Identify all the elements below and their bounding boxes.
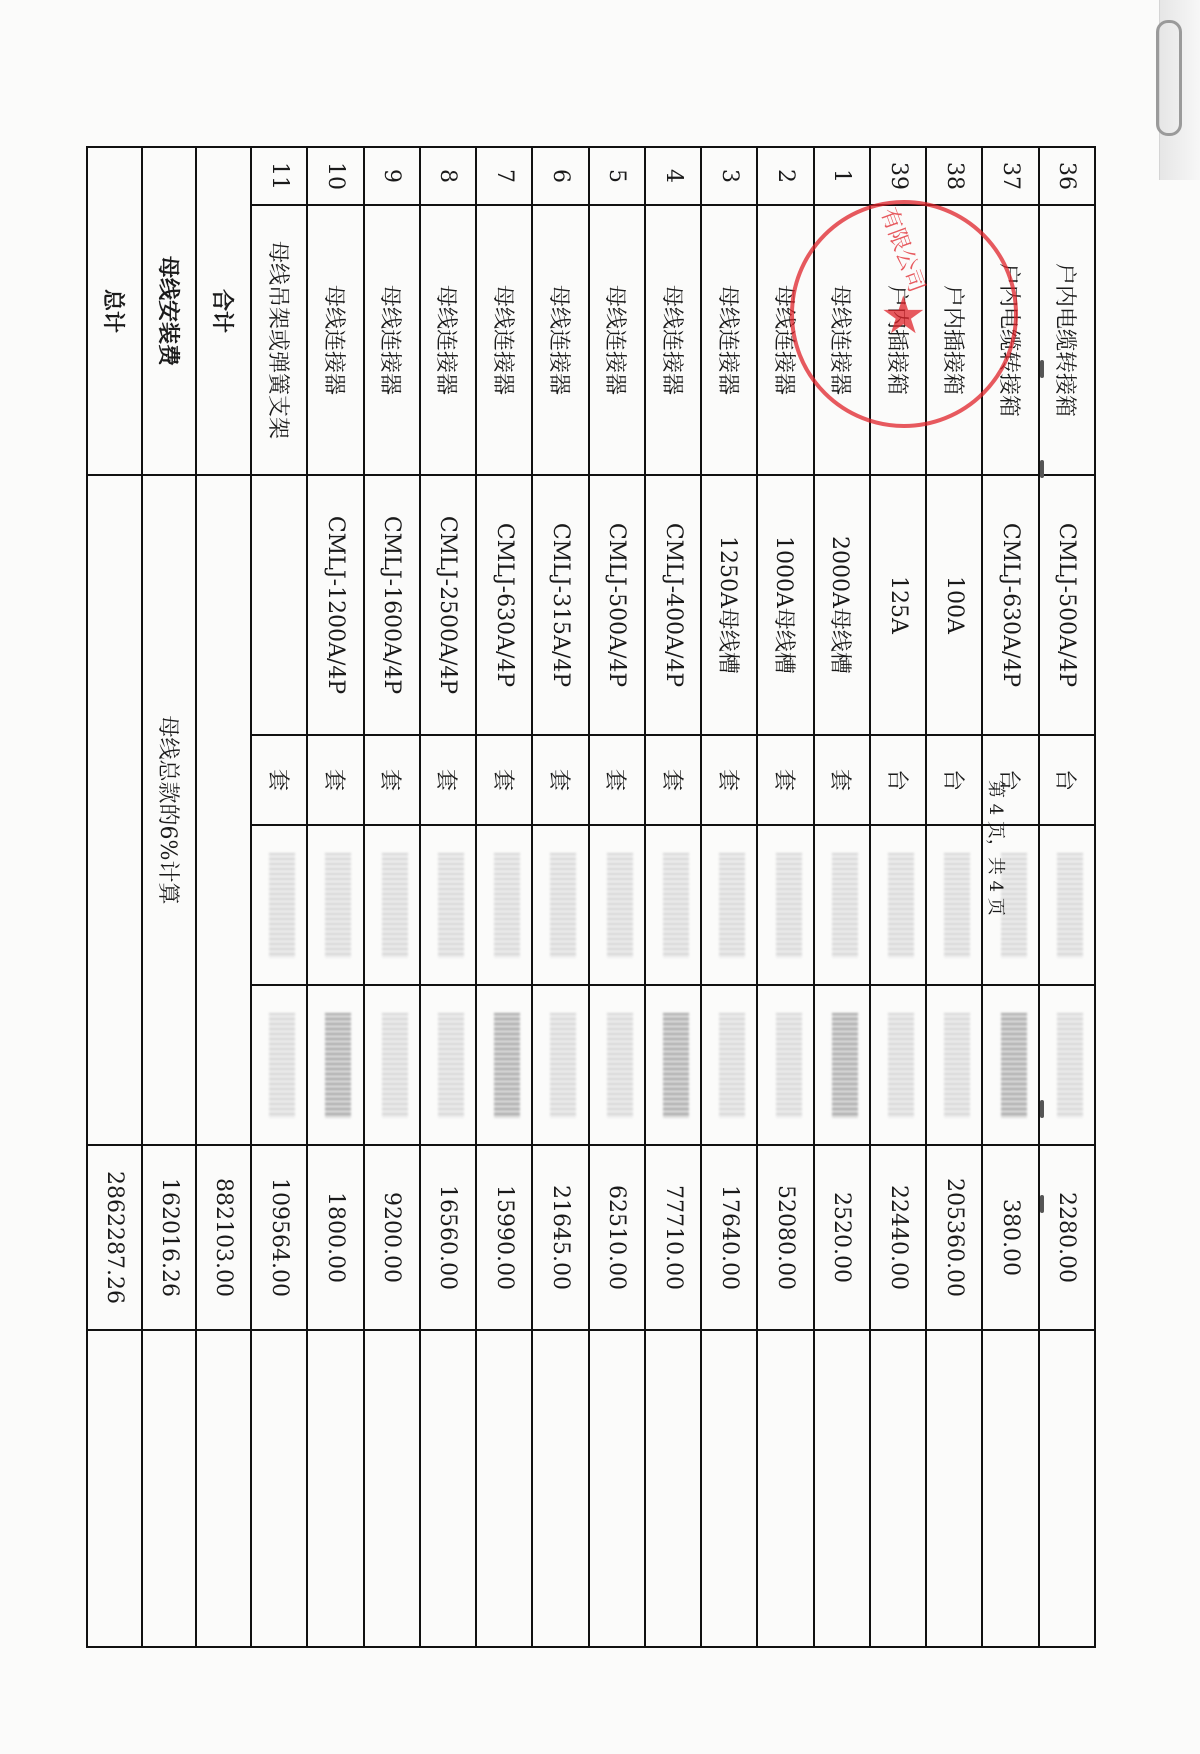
item-note — [251, 1330, 307, 1647]
item-name: 户内插接箱 — [870, 205, 926, 475]
item-name: 母线连接器 — [589, 205, 645, 475]
redacted-value — [776, 1013, 802, 1118]
item-amount: 15990.00 — [476, 1145, 532, 1330]
item-amount: 2280.00 — [1039, 1145, 1095, 1330]
table-row: 38户内插接箱100A台205360.00 — [926, 147, 982, 1647]
table-row: 39户内插接箱125A台22440.00 — [870, 147, 926, 1647]
item-unit-price — [532, 985, 588, 1145]
subtotal-row-label: 合计 — [196, 147, 251, 475]
item-name: 母线连接器 — [476, 205, 532, 475]
subtotal-row-amount: 882103.00 — [196, 1145, 251, 1330]
table-row: 5母线连接器CMLJ-500A/4P套62510.00 — [589, 147, 645, 1647]
item-note — [307, 1330, 363, 1647]
item-spec: 1000A母线槽 — [757, 475, 813, 735]
item-unit-price — [589, 985, 645, 1145]
subtotal-row-blank — [196, 1330, 251, 1647]
table-row: 4母线连接器CMLJ-400A/4P套77710.00 — [645, 147, 701, 1647]
total-row: 总计2862287.26 — [87, 147, 142, 1647]
item-quantity — [870, 825, 926, 985]
row-number: 7 — [476, 147, 532, 205]
item-unit: 套 — [364, 735, 420, 825]
table-row: 7母线连接器CMLJ-630A/4P套15990.00 — [476, 147, 532, 1647]
row-number: 39 — [870, 147, 926, 205]
redacted-value — [494, 853, 520, 958]
redacted-value — [1001, 1013, 1027, 1118]
item-unit-price — [926, 985, 982, 1145]
redacted-value — [719, 853, 745, 958]
item-name: 母线连接器 — [814, 205, 870, 475]
item-unit: 台 — [870, 735, 926, 825]
redacted-value — [607, 1013, 633, 1118]
redacted-value — [832, 1013, 858, 1118]
item-quantity — [307, 825, 363, 985]
item-unit-price — [645, 985, 701, 1145]
item-unit-price — [476, 985, 532, 1145]
redacted-value — [663, 853, 689, 958]
redacted-value — [1057, 1013, 1083, 1118]
row-number: 11 — [251, 147, 307, 205]
item-note — [757, 1330, 813, 1647]
item-spec: CMLJ-400A/4P — [645, 475, 701, 735]
punch-mark — [1040, 460, 1044, 478]
row-number: 2 — [757, 147, 813, 205]
redacted-value — [325, 853, 351, 958]
item-unit: 套 — [532, 735, 588, 825]
item-quantity — [589, 825, 645, 985]
item-spec: CMLJ-500A/4P — [1039, 475, 1095, 735]
item-spec: CMLJ-630A/4P — [476, 475, 532, 735]
item-quantity — [1039, 825, 1095, 985]
install-fee-row: 母线安装费母线总款的6%计算162016.26 — [142, 147, 197, 1647]
item-unit: 套 — [307, 735, 363, 825]
table-row: 36户内电缆转接箱CMLJ-500A/4P台2280.00 — [1039, 147, 1095, 1647]
redacted-value — [944, 853, 970, 958]
item-name: 母线连接器 — [645, 205, 701, 475]
subtotal-row-note — [196, 475, 251, 1145]
table-row: 8母线连接器CMLJ-2500A/4P套16560.00 — [420, 147, 476, 1647]
item-amount: 17640.00 — [701, 1145, 757, 1330]
subtotal-row: 合计882103.00 — [196, 147, 251, 1647]
item-quantity — [814, 825, 870, 985]
item-note — [982, 1330, 1038, 1647]
redacted-value — [382, 1013, 408, 1118]
item-amount: 16560.00 — [420, 1145, 476, 1330]
item-name: 母线连接器 — [757, 205, 813, 475]
item-note — [645, 1330, 701, 1647]
item-unit-price — [1039, 985, 1095, 1145]
install-fee-row-blank — [142, 1330, 197, 1647]
redacted-value — [269, 1013, 295, 1118]
redacted-value — [1057, 853, 1083, 958]
install-fee-row-amount: 162016.26 — [142, 1145, 197, 1330]
item-note — [1039, 1330, 1095, 1647]
table-row: 11母线吊架或弹簧支架套109564.00 — [251, 147, 307, 1647]
redacted-value — [607, 853, 633, 958]
item-unit: 台 — [1039, 735, 1095, 825]
rotated-table-container: 36户内电缆转接箱CMLJ-500A/4P台2280.0037户内电缆转接箱CM… — [86, 146, 1096, 1646]
item-spec: CMLJ-500A/4P — [589, 475, 645, 735]
item-unit: 套 — [645, 735, 701, 825]
item-spec: CMLJ-630A/4P — [982, 475, 1038, 735]
item-note — [814, 1330, 870, 1647]
item-note — [870, 1330, 926, 1647]
item-spec: 100A — [926, 475, 982, 735]
item-amount: 109564.00 — [251, 1145, 307, 1330]
redacted-value — [550, 853, 576, 958]
item-unit-price — [251, 985, 307, 1145]
item-note — [701, 1330, 757, 1647]
item-note — [364, 1330, 420, 1647]
item-unit-price — [701, 985, 757, 1145]
row-number: 1 — [814, 147, 870, 205]
row-number: 4 — [645, 147, 701, 205]
item-amount: 22440.00 — [870, 1145, 926, 1330]
item-name: 母线连接器 — [364, 205, 420, 475]
total-row-amount: 2862287.26 — [87, 1145, 142, 1330]
redacted-value — [550, 1013, 576, 1118]
item-name: 母线连接器 — [307, 205, 363, 475]
item-spec: CMLJ-2500A/4P — [420, 475, 476, 735]
item-quantity — [420, 825, 476, 985]
item-amount: 77710.00 — [645, 1145, 701, 1330]
item-unit: 套 — [420, 735, 476, 825]
redacted-value — [888, 853, 914, 958]
item-unit: 套 — [251, 735, 307, 825]
item-note — [532, 1330, 588, 1647]
item-quantity — [645, 825, 701, 985]
redacted-value — [438, 853, 464, 958]
item-unit-price — [757, 985, 813, 1145]
item-amount: 9200.00 — [364, 1145, 420, 1330]
redacted-value — [832, 853, 858, 958]
table-row: 10母线连接器CMLJ-1200A/4P套1800.00 — [307, 147, 363, 1647]
document-page: 36户内电缆转接箱CMLJ-500A/4P台2280.0037户内电缆转接箱CM… — [0, 0, 1200, 1754]
row-number: 8 — [420, 147, 476, 205]
item-amount: 380.00 — [982, 1145, 1038, 1330]
item-spec: 125A — [870, 475, 926, 735]
row-number: 3 — [701, 147, 757, 205]
price-table: 36户内电缆转接箱CMLJ-500A/4P台2280.0037户内电缆转接箱CM… — [86, 146, 1096, 1648]
item-unit: 台 — [926, 735, 982, 825]
redacted-value — [776, 853, 802, 958]
item-note — [420, 1330, 476, 1647]
total-row-label: 总计 — [87, 147, 142, 475]
row-number: 5 — [589, 147, 645, 205]
row-number: 37 — [982, 147, 1038, 205]
item-unit: 套 — [476, 735, 532, 825]
item-quantity — [701, 825, 757, 985]
row-number: 38 — [926, 147, 982, 205]
item-unit-price — [870, 985, 926, 1145]
item-unit-price — [982, 985, 1038, 1145]
item-spec — [251, 475, 307, 735]
redacted-value — [888, 1013, 914, 1118]
redacted-value — [663, 1013, 689, 1118]
redacted-value — [269, 853, 295, 958]
item-spec: 2000A母线槽 — [814, 475, 870, 735]
item-spec: 1250A母线槽 — [701, 475, 757, 735]
item-unit: 套 — [757, 735, 813, 825]
item-note — [589, 1330, 645, 1647]
install-fee-row-note: 母线总款的6%计算 — [142, 475, 197, 1145]
punch-mark — [1040, 1195, 1044, 1213]
item-note — [926, 1330, 982, 1647]
paper-clip — [1156, 20, 1182, 136]
item-unit-price — [814, 985, 870, 1145]
table-row: 9母线连接器CMLJ-1600A/4P套9200.00 — [364, 147, 420, 1647]
item-name: 母线连接器 — [701, 205, 757, 475]
item-spec: CMLJ-1600A/4P — [364, 475, 420, 735]
table-row: 6母线连接器CMLJ-315A/4P套21645.00 — [532, 147, 588, 1647]
redacted-value — [719, 1013, 745, 1118]
table-row: 1母线连接器2000A母线槽套2520.00 — [814, 147, 870, 1647]
row-number: 10 — [307, 147, 363, 205]
item-quantity — [476, 825, 532, 985]
item-quantity — [251, 825, 307, 985]
item-name: 母线连接器 — [420, 205, 476, 475]
item-name: 户内电缆转接箱 — [1039, 205, 1095, 475]
item-name: 户内插接箱 — [926, 205, 982, 475]
item-quantity — [364, 825, 420, 985]
item-name: 母线连接器 — [532, 205, 588, 475]
item-spec: CMLJ-1200A/4P — [307, 475, 363, 735]
install-fee-row-label: 母线安装费 — [142, 147, 197, 475]
total-row-note — [87, 475, 142, 1145]
item-amount: 52080.00 — [757, 1145, 813, 1330]
item-unit-price — [364, 985, 420, 1145]
redacted-value — [438, 1013, 464, 1118]
table-row: 3母线连接器1250A母线槽套17640.00 — [701, 147, 757, 1647]
row-number: 9 — [364, 147, 420, 205]
redacted-value — [382, 853, 408, 958]
item-amount: 21645.00 — [532, 1145, 588, 1330]
redacted-value — [325, 1013, 351, 1118]
page-footer: 第 4 页，共 4 页 — [984, 780, 1010, 916]
item-amount: 62510.00 — [589, 1145, 645, 1330]
item-unit: 套 — [589, 735, 645, 825]
total-row-blank — [87, 1330, 142, 1647]
punch-mark — [1040, 360, 1044, 378]
item-amount: 205360.00 — [926, 1145, 982, 1330]
item-quantity — [926, 825, 982, 985]
redacted-value — [494, 1013, 520, 1118]
punch-mark — [1040, 1100, 1044, 1118]
item-unit: 套 — [701, 735, 757, 825]
item-quantity — [757, 825, 813, 985]
item-unit: 套 — [814, 735, 870, 825]
item-spec: CMLJ-315A/4P — [532, 475, 588, 735]
table-row: 2母线连接器1000A母线槽套52080.00 — [757, 147, 813, 1647]
item-unit-price — [307, 985, 363, 1145]
item-note — [476, 1330, 532, 1647]
item-amount: 1800.00 — [307, 1145, 363, 1330]
row-number: 36 — [1039, 147, 1095, 205]
item-name: 户内电缆转接箱 — [982, 205, 1038, 475]
item-quantity — [532, 825, 588, 985]
item-unit-price — [420, 985, 476, 1145]
row-number: 6 — [532, 147, 588, 205]
item-name: 母线吊架或弹簧支架 — [251, 205, 307, 475]
redacted-value — [944, 1013, 970, 1118]
item-amount: 2520.00 — [814, 1145, 870, 1330]
